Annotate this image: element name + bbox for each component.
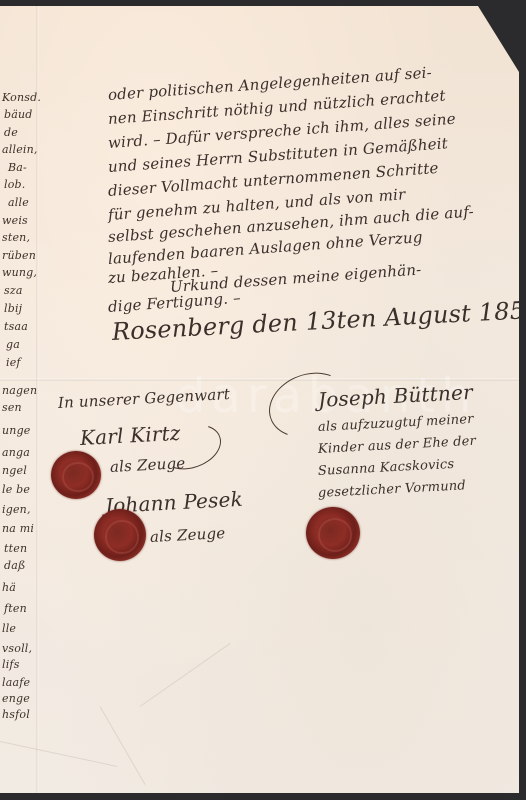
paper-crease bbox=[0, 741, 117, 767]
vertical-fold-crease bbox=[36, 6, 39, 793]
margin-fragment: weis bbox=[2, 214, 28, 227]
margin-fragment: hä bbox=[2, 581, 16, 594]
principal-line: gesetzlicher Vormund bbox=[318, 478, 467, 501]
paper-crease bbox=[100, 706, 146, 784]
principal-line: Susanna Kacskovics bbox=[318, 457, 455, 479]
margin-fragment: de bbox=[4, 126, 18, 139]
margin-fragment: lbij bbox=[4, 302, 22, 315]
margin-fragment: ief bbox=[6, 356, 21, 369]
principal-line: Kinder aus der Ehe der bbox=[318, 434, 477, 457]
margin-fragment: anga bbox=[2, 446, 30, 459]
wax-seal-icon bbox=[94, 509, 146, 561]
paper-crease bbox=[140, 643, 231, 707]
margin-fragment: rüben bbox=[2, 249, 36, 262]
margin-fragment: ga bbox=[6, 338, 20, 351]
margin-fragment: ften bbox=[4, 602, 27, 615]
margin-fragment: tsaa bbox=[4, 320, 28, 333]
margin-fragment: ngel bbox=[2, 464, 27, 477]
margin-fragment: nagen bbox=[2, 384, 37, 397]
witness-2-role: als Zeuge bbox=[150, 524, 226, 546]
margin-fragment: na mi bbox=[2, 522, 34, 535]
margin-fragment: Konsd. bbox=[2, 91, 41, 104]
margin-fragment: laafe bbox=[2, 676, 30, 689]
margin-fragment: enge bbox=[2, 692, 30, 705]
margin-fragment: bäud bbox=[4, 108, 33, 121]
wax-seal-icon bbox=[51, 451, 101, 499]
margin-fragment: lifs bbox=[2, 658, 20, 671]
margin-fragment: sen bbox=[2, 401, 22, 414]
margin-fragment: Ba- bbox=[8, 161, 27, 174]
margin-fragment: alle bbox=[8, 196, 29, 209]
margin-fragment: unge bbox=[2, 424, 31, 437]
margin-fragment: hsfol bbox=[2, 708, 30, 721]
margin-fragment: allein, bbox=[2, 143, 38, 156]
margin-fragment: sten, bbox=[2, 231, 30, 244]
margin-fragment: wung, bbox=[2, 266, 37, 279]
margin-fragment: lob. bbox=[4, 178, 25, 191]
margin-fragment: tten bbox=[4, 542, 27, 555]
margin-fragment: lle bbox=[2, 622, 16, 635]
document-page: Konsd. bäud de allein, Ba- lob. alle wei… bbox=[0, 6, 519, 793]
margin-fragment: daß bbox=[4, 559, 26, 572]
wax-seal-icon bbox=[306, 507, 360, 559]
margin-fragment: igen, bbox=[2, 503, 31, 516]
margin-fragment: le be bbox=[2, 483, 30, 496]
margin-fragment: sza bbox=[4, 284, 23, 297]
margin-fragment: vsoll, bbox=[2, 642, 32, 655]
